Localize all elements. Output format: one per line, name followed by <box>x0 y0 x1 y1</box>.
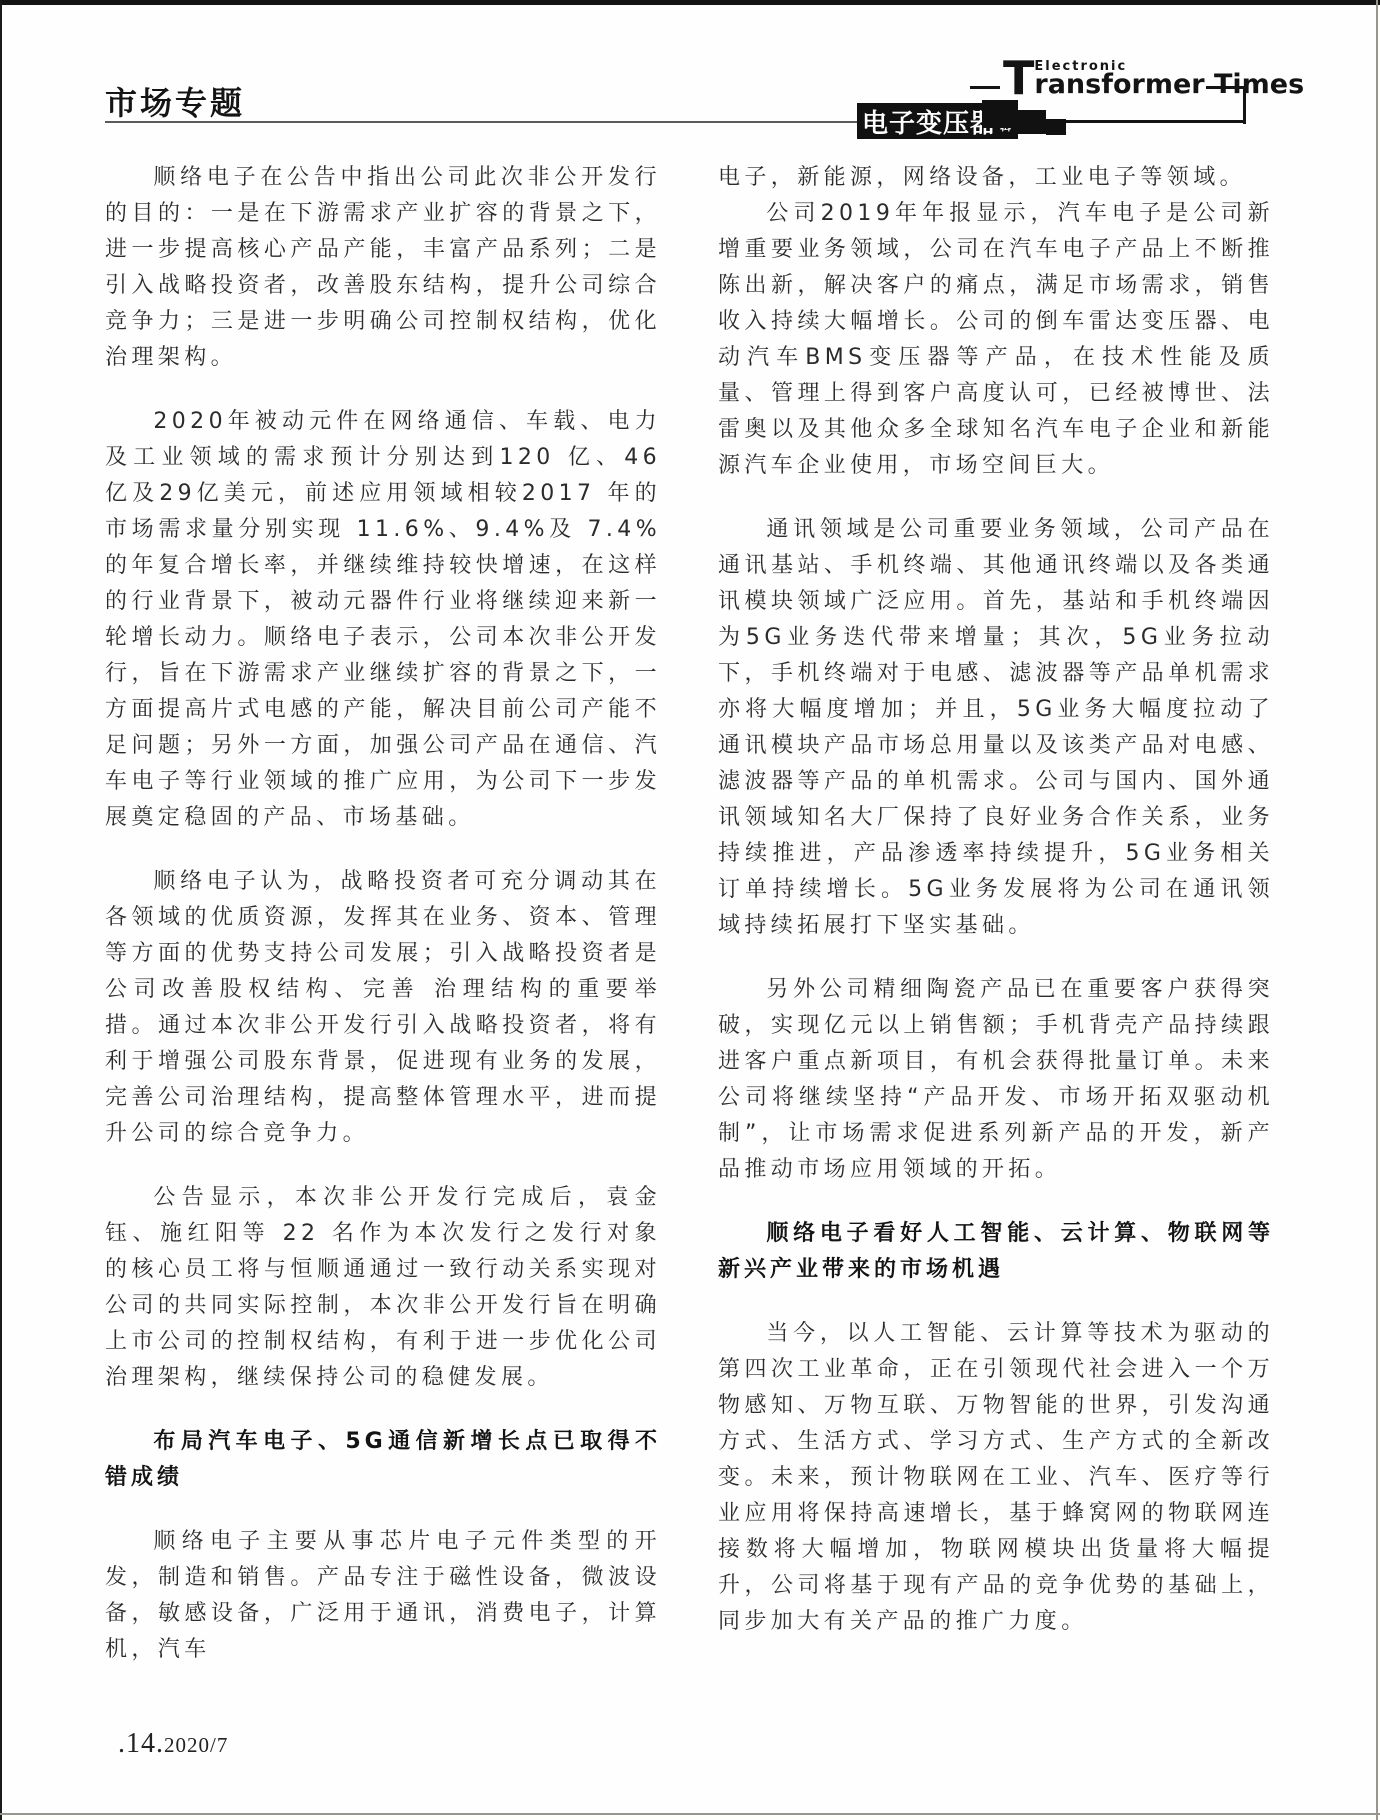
section-title: 市场专题 <box>105 78 245 124</box>
page-border-right <box>1376 0 1378 1820</box>
paragraph: 另外公司精细陶瓷产品已在重要客户获得突破，实现亿元以上销售额；手机背壳产品持续跟… <box>718 972 1274 1188</box>
logo-text-block: Electronic ransformer Times <box>1034 58 1304 98</box>
paragraph: 公司2019年年报显示，汽车电子是公司新增重要业务领域，公司在汽车电子产品上不断… <box>718 196 1274 484</box>
page-border-bottom <box>0 1813 1380 1815</box>
header-rule <box>105 121 857 123</box>
logo-dash-right <box>1206 86 1246 89</box>
issue-label: 2020/7 <box>164 1733 228 1757</box>
paragraph: 通讯领域是公司重要业务领域，公司产品在通讯基站、手机终端、其他通讯终端以及各类通… <box>718 512 1274 944</box>
logo-dash-left <box>970 86 1000 89</box>
article-column-right: 电子，新能源，网络设备，工业电子等领域。 公司2019年年报显示，汽车电子是公司… <box>718 160 1274 1640</box>
logo-badge-text: 电子变压器 <box>862 103 997 140</box>
section-heading: 顺络电子看好人工智能、云计算、物联网等新兴产业带来的市场机遇 <box>718 1216 1274 1288</box>
paragraph-continuation: 电子，新能源，网络设备，工业电子等领域。 <box>718 160 1274 196</box>
paragraph: 公告显示，本次非公开发行完成后，袁金钰、施红阳等 22 名作为本次发行之发行对象… <box>105 1180 661 1396</box>
page-footer: .14.2020/7 <box>118 1728 228 1760</box>
logo-initial: T <box>1003 58 1034 98</box>
logo-step-block-3 <box>1046 119 1066 135</box>
article-column-left: 顺络电子在公告中指出公司此次非公开发行的目的：一是在下游需求产业扩容的背景之下，… <box>105 160 661 1668</box>
paragraph: 顺络电子认为，战略投资者可充分调动其在各领域的优质资源，发挥其在业务、资本、管理… <box>105 864 661 1152</box>
magazine-logo: T Electronic ransformer Times <box>1003 58 1304 98</box>
logo-bracket-horizontal <box>1052 120 1246 123</box>
section-heading: 布局汽车电子、5G通信新增长点已取得不错成绩 <box>105 1424 661 1496</box>
page-border-left <box>0 0 2 1820</box>
paragraph: 顺络电子在公告中指出公司此次非公开发行的目的：一是在下游需求产业扩容的背景之下，… <box>105 160 661 376</box>
magazine-page: 市场专题 T Electronic ransformer Times 电子变压器… <box>0 0 1380 1820</box>
logo-bracket-vertical <box>1243 86 1246 124</box>
logo-step-block-1 <box>982 100 1018 128</box>
page-border-top <box>0 0 1380 5</box>
page-number: .14. <box>118 1728 164 1759</box>
logo-main-text: ransformer Times <box>1034 72 1304 98</box>
paragraph: 2020年被动元件在网络通信、车载、电力及工业领域的需求预计分别达到120 亿、… <box>105 404 661 836</box>
paragraph: 顺络电子主要从事芯片电子元件类型的开发，制造和销售。产品专注于磁性设备，微波设备… <box>105 1524 661 1668</box>
logo-step-block-2 <box>1018 110 1046 134</box>
paragraph: 当今，以人工智能、云计算等技术为驱动的第四次工业革命，正在引领现代社会进入一个万… <box>718 1316 1274 1640</box>
